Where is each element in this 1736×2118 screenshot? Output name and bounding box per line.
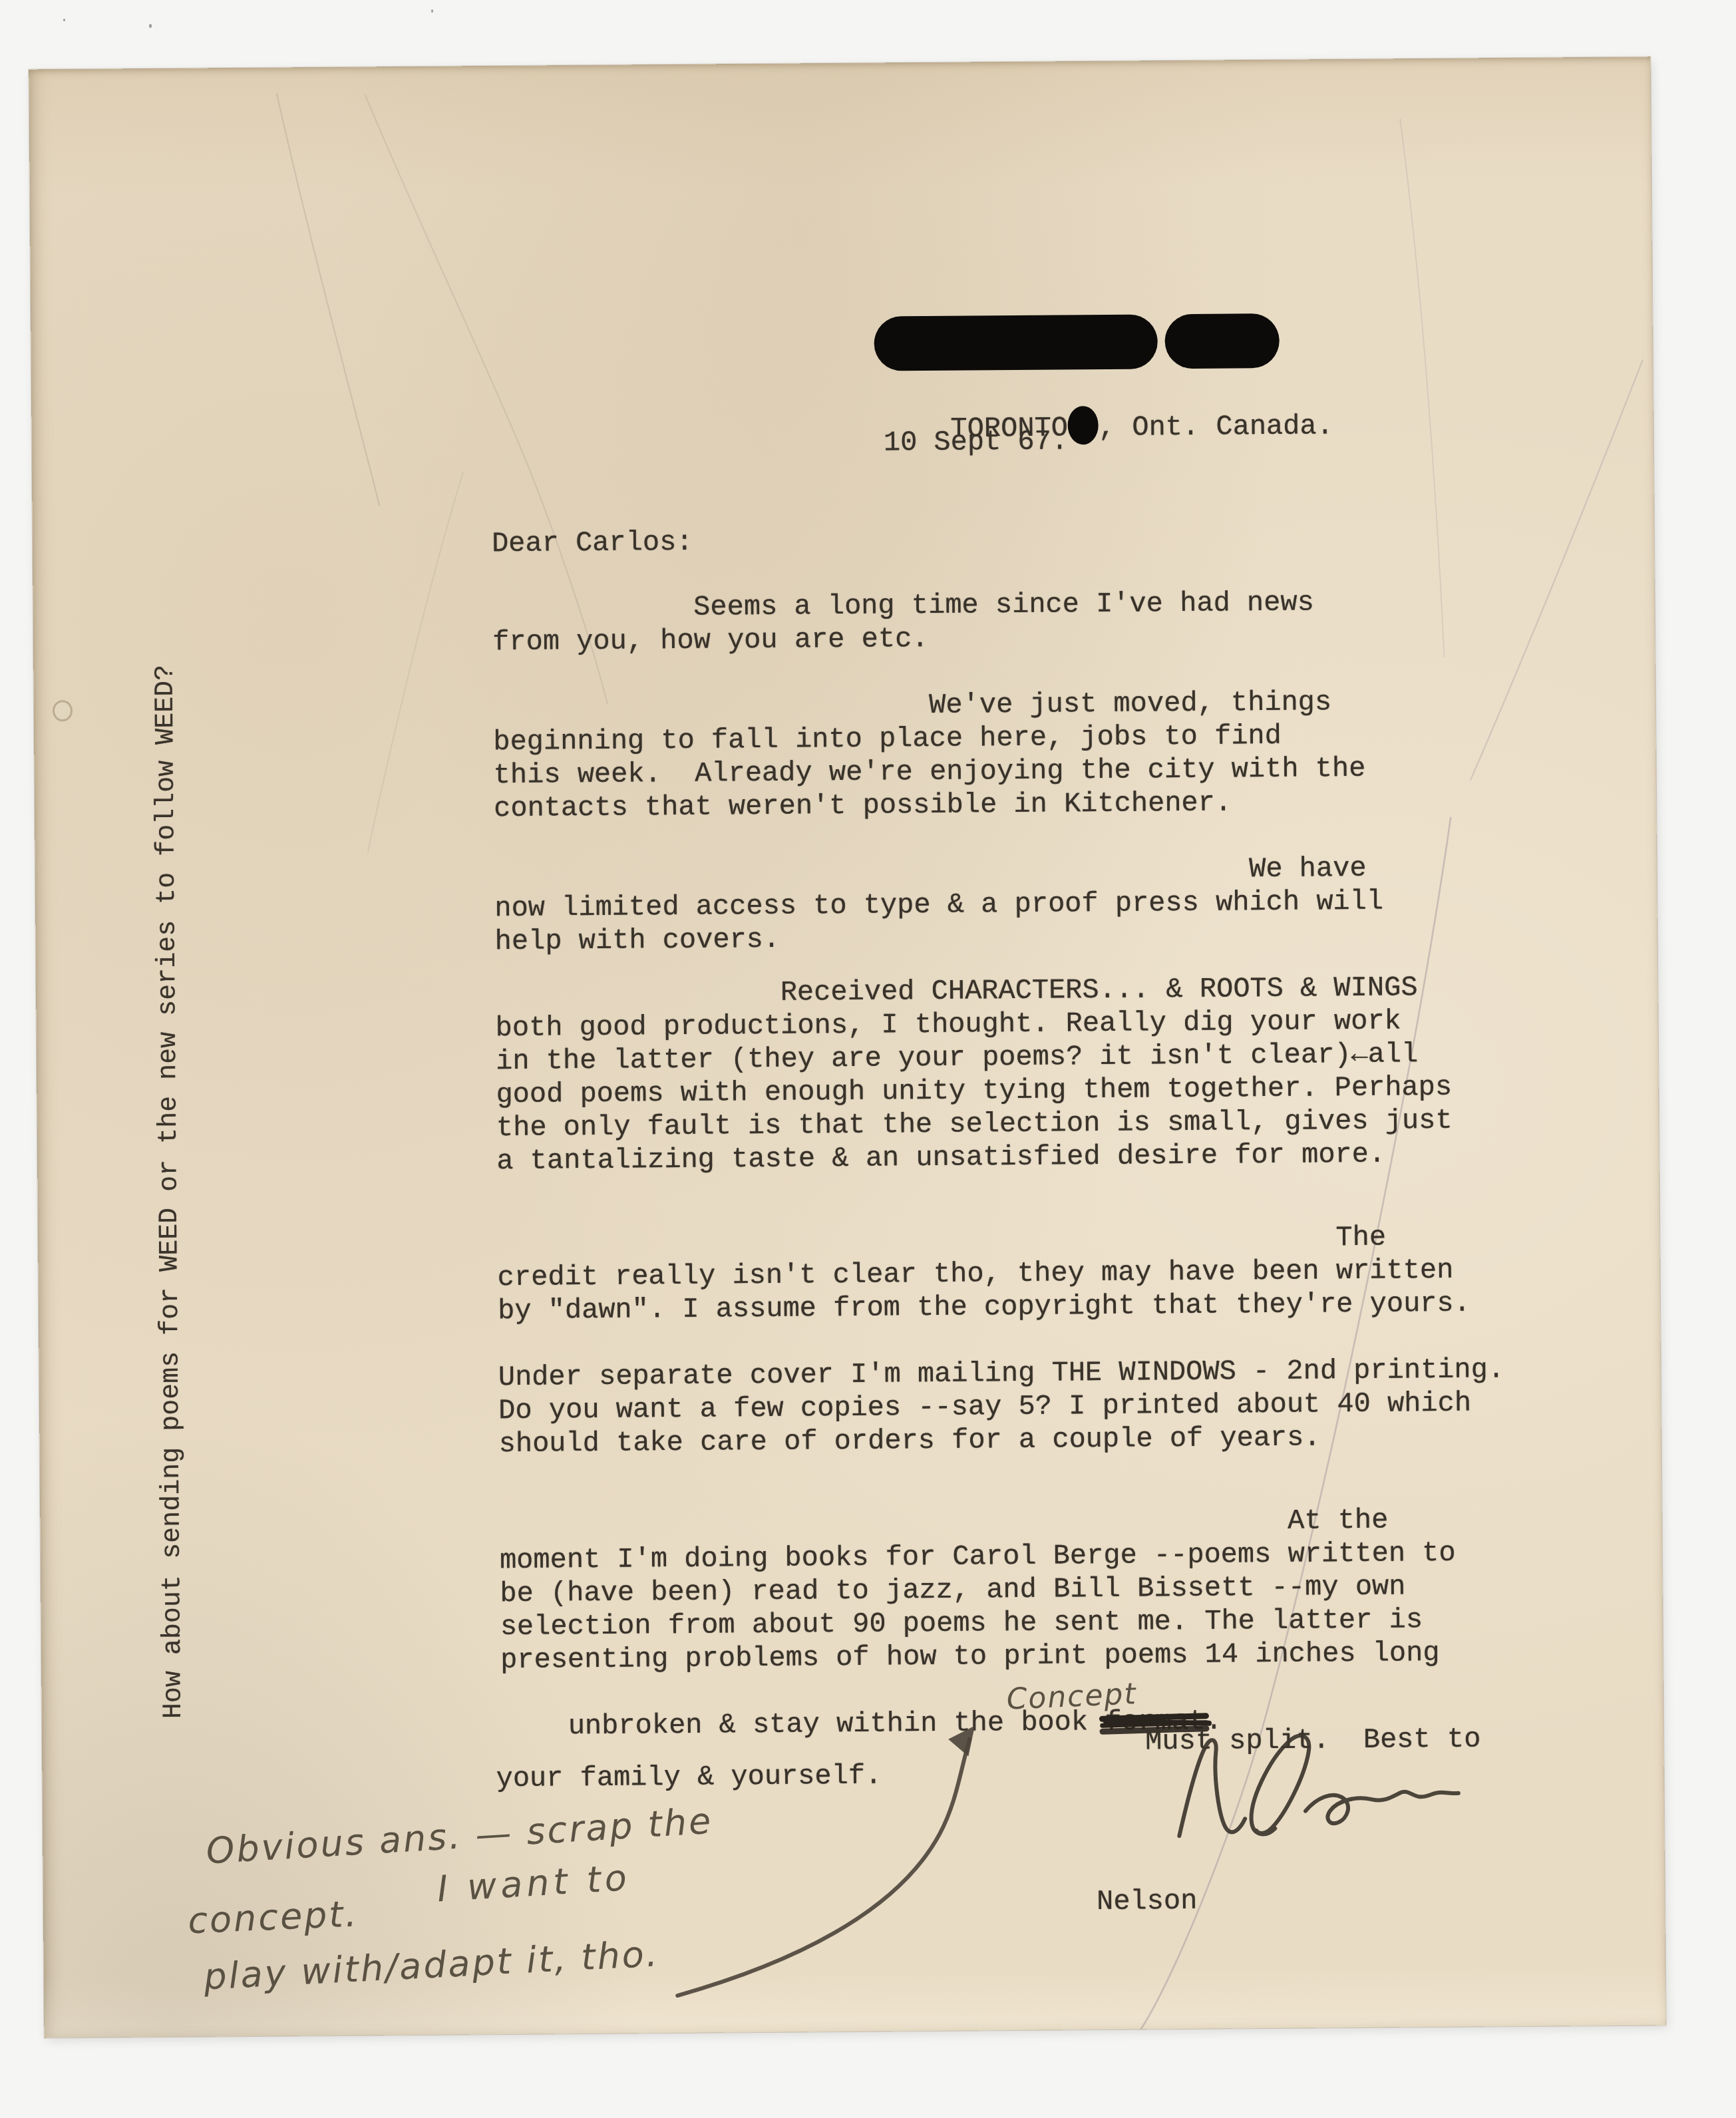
handwritten-note-line1b: I want to — [436, 1856, 631, 1910]
paragraph-books: At the moment I'm doing books for Carol … — [499, 1503, 1457, 1677]
letter-page: TORONTO, Ont. Canada. 10 Sept 67. Dear C… — [29, 57, 1665, 2037]
salutation: Dear Carlos: — [492, 526, 693, 560]
dust-speck — [63, 19, 65, 21]
dust-speck — [149, 24, 152, 28]
redaction-bar-address — [874, 314, 1158, 371]
marginal-note-vertical: How about sending poems for WEED or the … — [150, 665, 190, 1719]
typed-signature-name: Nelson — [1097, 1884, 1198, 1918]
paragraph-credit: The credit really isn't clear tho, they … — [497, 1220, 1471, 1327]
paragraph-press: We have now limited access to type & a p… — [494, 852, 1384, 958]
handwritten-note-line3: play with/adapt it, tho. — [203, 1932, 661, 1998]
handwritten-note-line1: Obvious ans. — scrap the — [205, 1800, 714, 1872]
paragraph-news: Seems a long time since I've had news fr… — [492, 586, 1315, 659]
closing-right: Must split. Best to — [1145, 1723, 1480, 1759]
redaction-dot — [1068, 406, 1099, 444]
handwritten-note-line2: concept. — [187, 1892, 359, 1942]
dust-speck — [431, 9, 433, 13]
closing-left: your family & yourself. — [496, 1759, 882, 1796]
paragraph-windows: Under separate cover I'm mailing THE WIN… — [498, 1353, 1505, 1461]
redaction-bar-address-2 — [1164, 313, 1280, 369]
paragraph-moved: We've just moved, things beginning to fa… — [493, 685, 1366, 825]
paragraph-received: Received CHARACTERS... & ROOTS & WINGS b… — [495, 971, 1453, 1178]
paper-flaw-ring — [53, 700, 73, 721]
date-line: 10 Sept 67. — [884, 425, 1069, 459]
location-rest: , Ont. Canada. — [1099, 410, 1333, 444]
handwritten-concept: Concept — [1006, 1677, 1138, 1716]
